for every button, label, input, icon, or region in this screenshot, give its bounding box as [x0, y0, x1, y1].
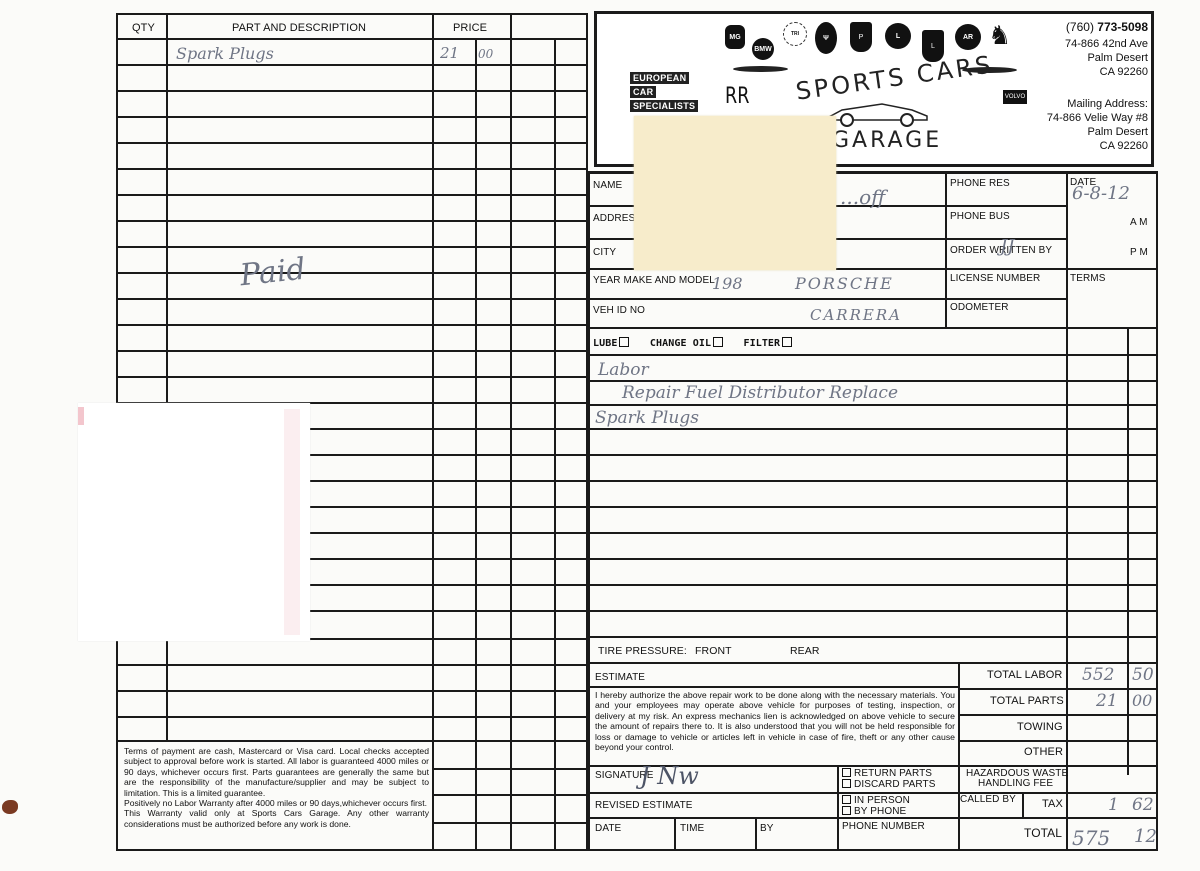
- tire-pressure-label: TIRE PRESSURE:: [598, 645, 687, 657]
- aston-martin-wings-icon: [733, 66, 788, 72]
- part-price-dollars: 21: [440, 44, 459, 62]
- service-line-1: Labor: [598, 360, 649, 380]
- stain-mark: [2, 800, 18, 814]
- tagline-car: CAR: [630, 86, 656, 98]
- mailing-label: Mailing Address:: [1067, 98, 1148, 110]
- date-value: 6-8-12: [1072, 183, 1130, 204]
- qty-header: QTY: [132, 22, 155, 34]
- in-person-option: IN PERSON: [842, 795, 910, 806]
- year-make-model-label: YEAR MAKE AND MODEL: [593, 275, 715, 286]
- customer-signature: J Nw: [640, 762, 699, 790]
- table-border-bottom: [116, 849, 588, 851]
- total-parts-cents: 00: [1132, 691, 1152, 710]
- phone-res-label: PHONE RES: [950, 178, 1010, 189]
- discard-parts-checkbox[interactable]: [842, 779, 851, 788]
- total-dollars: 575: [1072, 826, 1110, 850]
- authorization-text: I hereby authorize the above repair work…: [595, 690, 955, 752]
- terms-of-payment: Terms of payment are cash, Mastercard or…: [124, 746, 429, 829]
- service-line-2: Repair Fuel Distributor Replace: [622, 383, 898, 403]
- lube-checkbox[interactable]: [619, 337, 629, 347]
- towing-label: TOWING: [1017, 721, 1063, 733]
- discard-parts-option: DISCARD PARTS: [842, 779, 936, 790]
- total-parts-dollars: 21: [1096, 691, 1118, 711]
- shop-phone: (760) 773-5098: [1066, 20, 1148, 34]
- by-label: BY: [760, 823, 774, 834]
- tagline-specialists: SPECIALISTS: [630, 100, 698, 112]
- maserati-logo-icon: Ψ: [815, 22, 837, 54]
- am-label: A M: [1130, 217, 1148, 228]
- estimate-label: ESTIMATE: [595, 672, 645, 683]
- alfa-romeo-logo-icon: AR: [955, 24, 981, 50]
- phone-bus-label: PHONE BUS: [950, 211, 1010, 222]
- service-line-3: Spark Plugs: [595, 408, 699, 428]
- mg-logo-icon: MG: [725, 25, 745, 49]
- rear-label: REAR: [790, 645, 820, 657]
- shop-city: Palm Desert: [1087, 52, 1148, 64]
- cents-column-divider: [475, 38, 477, 851]
- date-label-bottom: DATE: [595, 823, 621, 834]
- terms-label: TERMS: [1070, 273, 1106, 284]
- time-label: TIME: [680, 823, 704, 834]
- triumph-logo-icon: TRI: [783, 22, 807, 46]
- part-description: Spark Plugs: [176, 44, 274, 63]
- total-parts-label: TOTAL PARTS: [990, 695, 1064, 707]
- tax-label: TAX: [1042, 798, 1063, 810]
- other-label: OTHER: [1024, 746, 1063, 758]
- ferrari-horse-icon: ♞: [988, 18, 1018, 52]
- total-labor-label: TOTAL LABOR: [987, 669, 1062, 681]
- total-label: TOTAL: [1024, 826, 1062, 840]
- bmw-logo-icon: BMW: [752, 38, 774, 60]
- white-paper-patch: [78, 403, 310, 641]
- description-header: PART AND DESCRIPTION: [232, 22, 366, 34]
- odometer-label: ODOMETER: [950, 302, 1009, 313]
- license-number-label: LICENSE NUMBER: [950, 273, 1040, 284]
- shop-street: 74-866 42nd Ave: [1065, 38, 1148, 50]
- shop-state-zip: CA 92260: [1100, 66, 1148, 78]
- price-column-divider: [432, 13, 434, 851]
- paid-annotation: Paid: [238, 252, 307, 294]
- table-border-top: [116, 13, 588, 15]
- veh-id-label: VEH ID NO: [593, 305, 645, 316]
- shop-name-garage: GARAGE: [832, 128, 942, 153]
- rolls-royce-mark: RR: [725, 84, 749, 109]
- by-phone-checkbox[interactable]: [842, 806, 851, 815]
- pm-label: P M: [1130, 247, 1148, 258]
- extra-column-divider: [510, 13, 512, 851]
- tax-dollars: 1: [1108, 795, 1119, 815]
- by-phone-option: BY PHONE: [842, 806, 906, 817]
- order-written-by-value: JJ: [1000, 236, 1014, 257]
- mailing-city: Palm Desert: [1087, 126, 1148, 138]
- header-rule: [116, 38, 588, 40]
- year-value: 198: [712, 274, 743, 293]
- mailing-state-zip: CA 92260: [1100, 140, 1148, 152]
- front-label: FRONT: [695, 645, 732, 657]
- mailing-street: 74-866 Velie Way #8: [1047, 112, 1148, 124]
- name-label: NAME: [593, 180, 622, 191]
- total-labor-dollars: 552: [1082, 665, 1114, 685]
- price-header: PRICE: [453, 22, 487, 34]
- lotus-logo-icon: L: [885, 23, 911, 49]
- in-person-checkbox[interactable]: [842, 795, 851, 804]
- tax-cents: 62: [1132, 795, 1154, 815]
- filter-checkbox[interactable]: [782, 337, 792, 347]
- race-car-icon: [822, 100, 932, 128]
- change-oil-checkbox[interactable]: [713, 337, 723, 347]
- porsche-logo-icon: P: [850, 22, 872, 52]
- model-value: CARRERA: [810, 306, 902, 324]
- total-labor-cents: 50: [1132, 665, 1154, 685]
- phone-number-label: PHONE NUMBER: [842, 821, 925, 832]
- revised-estimate-label: REVISED ESTIMATE: [595, 800, 693, 811]
- part-price-cents: 00: [478, 47, 493, 61]
- volvo-badge: VOLVO: [1003, 90, 1027, 104]
- service-checkboxes: LUBE CHANGE OIL FILTER: [593, 337, 794, 349]
- return-parts-option: RETURN PARTS: [842, 768, 932, 779]
- return-parts-checkbox[interactable]: [842, 768, 851, 777]
- city-label: CITY: [593, 247, 616, 258]
- called-by-label: CALLED BY: [960, 794, 1016, 805]
- extra-cents-divider: [554, 38, 556, 851]
- tagline-european: EUROPEAN: [630, 72, 689, 84]
- sticky-note-redaction: [634, 116, 836, 270]
- handling-fee-label: HANDLING FEE: [978, 778, 1053, 789]
- total-cents: 12: [1134, 826, 1157, 847]
- customer-name-value: ...off: [840, 185, 885, 209]
- make-value: PORSCHE: [795, 274, 894, 293]
- address-label: ADDRES: [593, 213, 635, 224]
